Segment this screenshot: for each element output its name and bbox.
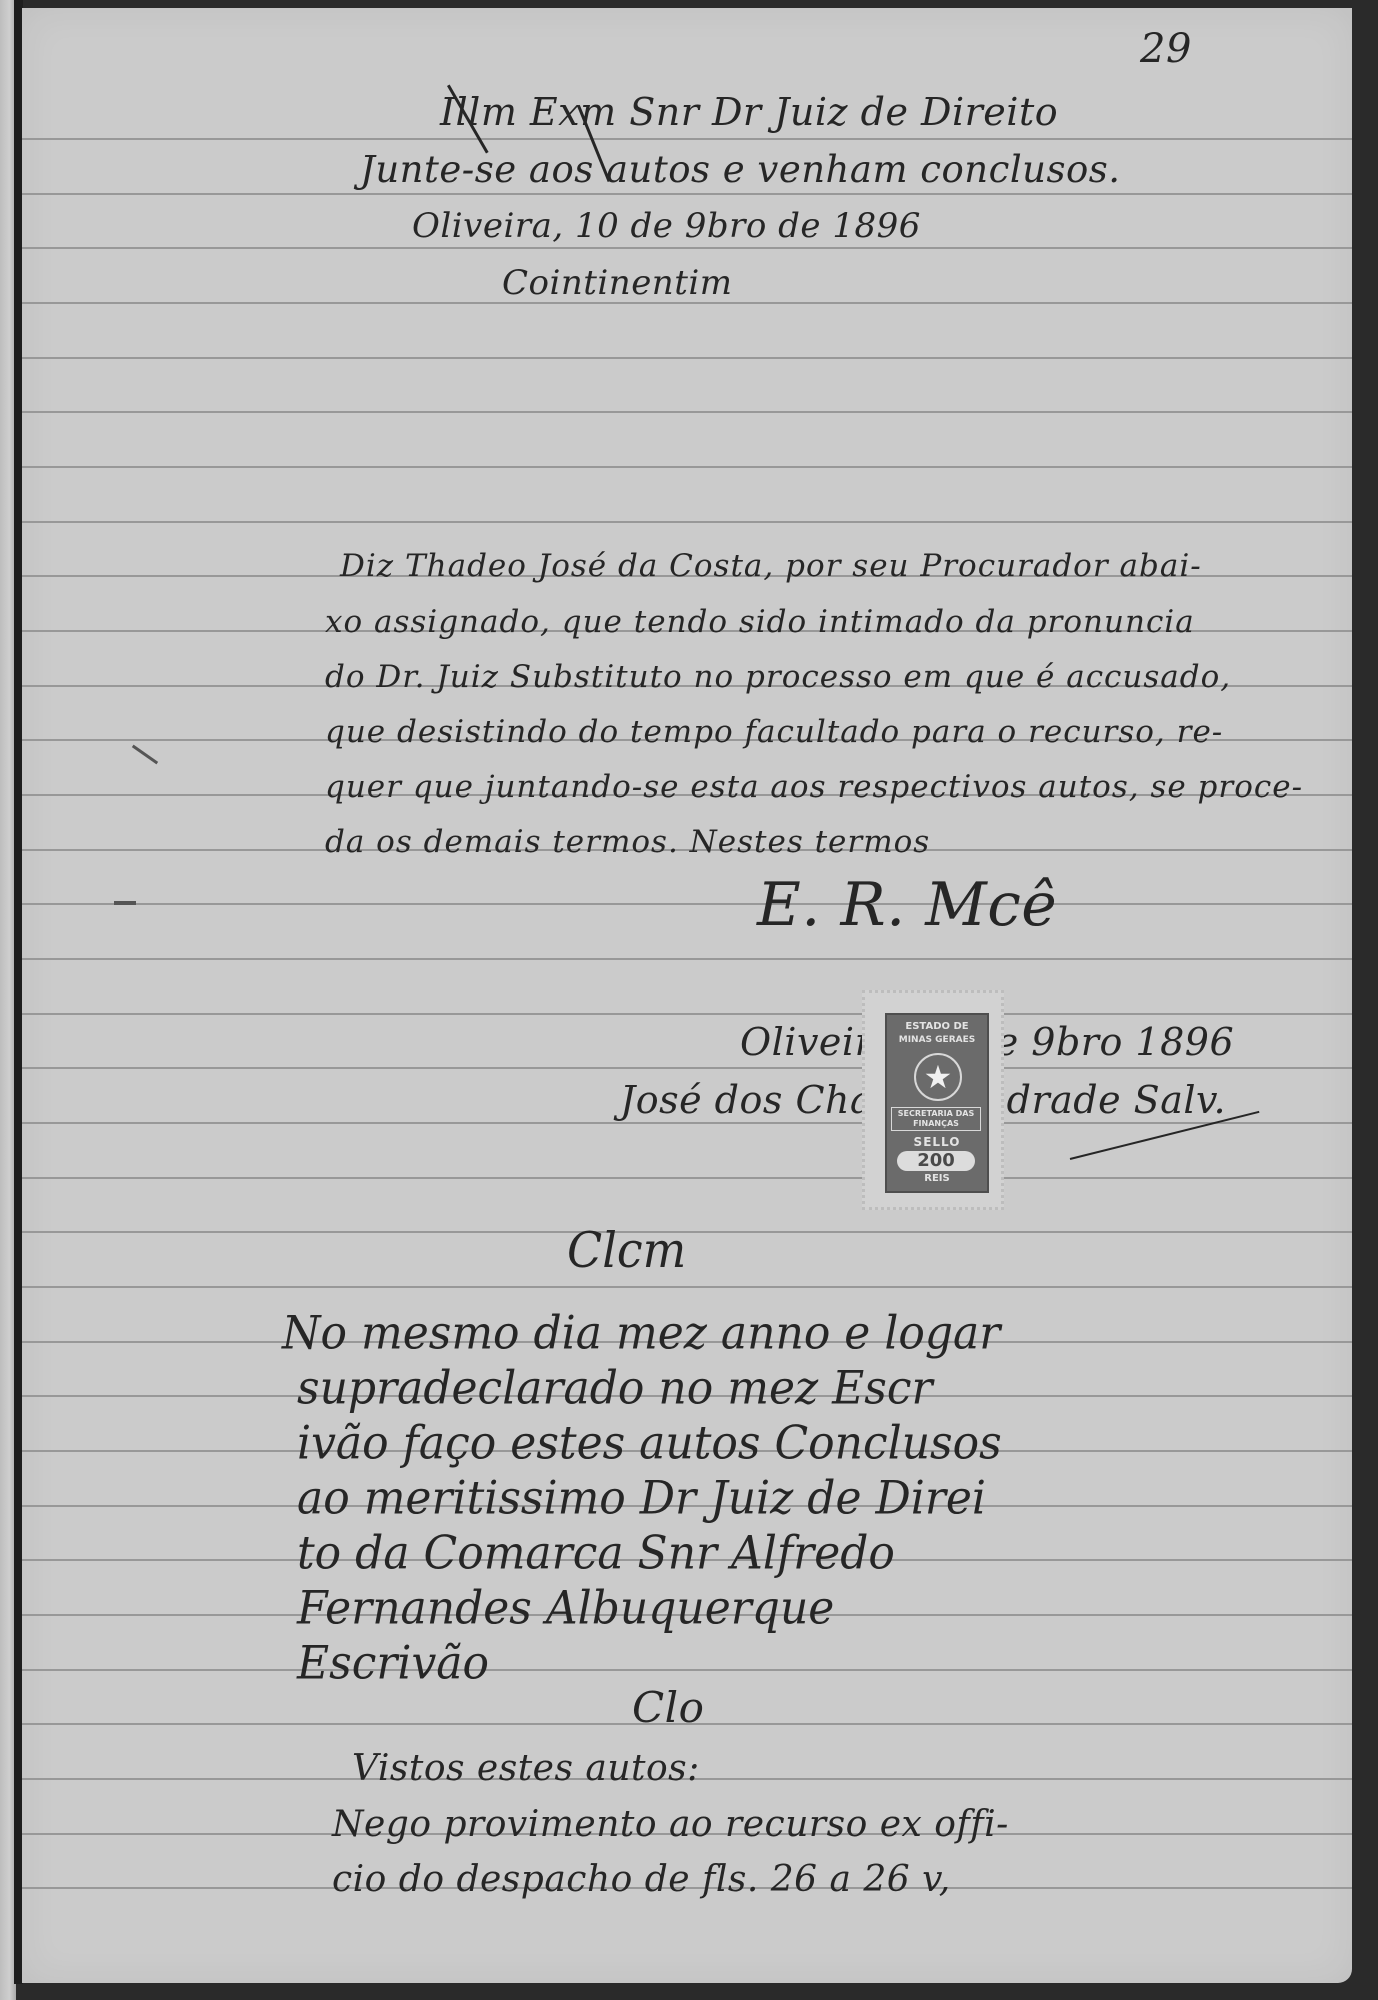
ruled-line (22, 1067, 1352, 1069)
margin-ink-mark (114, 901, 136, 905)
clerk-line: supradeclarado no mez Escr (297, 1362, 933, 1416)
stamp-label: SELLO (887, 1135, 987, 1149)
clerk-line: No mesmo dia mez anno e logar (282, 1307, 1000, 1361)
stamp-value: 200 (897, 1151, 975, 1171)
ruled-line (22, 411, 1352, 413)
ruled-line (22, 958, 1352, 960)
revenue-stamp: ESTADO DE MINAS GERAES ★ SECRETARIA DAS … (862, 990, 1004, 1210)
salutation-line: Illm Exm Snr Dr Juiz de Direito (440, 90, 1058, 134)
petition-line: que desistindo do tempo facultado para o… (325, 714, 1223, 750)
margin-ink-mark (132, 745, 158, 765)
clerk-heading: Clcm (567, 1222, 686, 1279)
clerk-line: Escrivão (297, 1637, 489, 1691)
ruled-line (22, 357, 1352, 359)
stamp-print: ESTADO DE MINAS GERAES ★ SECRETARIA DAS … (885, 1013, 989, 1193)
petition-line: quer que juntando-se esta aos respectivo… (325, 769, 1303, 805)
despacho-place-date: Oliveira, 10 de 9bro de 1896 (412, 206, 921, 246)
order-line: Vistos estes autos: (352, 1748, 700, 1789)
ruled-line (22, 1177, 1352, 1179)
clerk-line: ao meritissimo Dr Juiz de Direi (297, 1472, 986, 1526)
ruled-line (22, 521, 1352, 523)
petition-line: xo assignado, que tendo sido intimado da… (325, 604, 1195, 640)
clerk-line: Fernandes Albuquerque (297, 1582, 834, 1636)
ruled-line (22, 466, 1352, 468)
clerk-line: ivão faço estes autos Conclusos (297, 1417, 1002, 1471)
ruled-line (22, 1013, 1352, 1015)
stamp-state-text: MINAS GERAES (887, 1035, 987, 1045)
ruled-line (22, 903, 1352, 905)
order-heading: Clo (632, 1683, 704, 1732)
ruled-line (22, 247, 1352, 249)
judge-signature: Cointinentim (502, 263, 733, 303)
page-number: 29 (1140, 26, 1192, 72)
clerk-line: to da Comarca Snr Alfredo (297, 1527, 895, 1581)
stamp-department: SECRETARIA DAS FINANÇAS (891, 1107, 981, 1131)
stamp-unit: REIS (887, 1173, 987, 1184)
ruled-line (22, 1286, 1352, 1288)
closing-formula: E. R. Mcê (757, 870, 1057, 940)
ruled-line (22, 1122, 1352, 1124)
stamp-top-text: ESTADO DE (887, 1021, 987, 1032)
petition-line: do Dr. Juiz Substituto no processo em qu… (325, 659, 1231, 695)
petition-line: da os demais termos. Nestes termos (325, 824, 930, 860)
despacho-text: Junte-se aos autos e venham conclusos. (360, 148, 1121, 191)
order-line: Nego provimento ao recurso ex offi- (332, 1804, 1009, 1845)
star-icon: ★ (914, 1053, 962, 1101)
ruled-line (22, 1669, 1352, 1671)
ruled-line (22, 193, 1352, 195)
ruled-line (22, 1231, 1352, 1233)
order-line: cio do despacho de fls. 26 a 26 v, (332, 1859, 951, 1900)
ruled-line (22, 138, 1352, 140)
petition-line: Diz Thadeo José da Costa, por seu Procur… (340, 548, 1202, 584)
document-page: 29 Illm Exm Snr Dr Juiz de Direito Junte… (22, 8, 1352, 1983)
